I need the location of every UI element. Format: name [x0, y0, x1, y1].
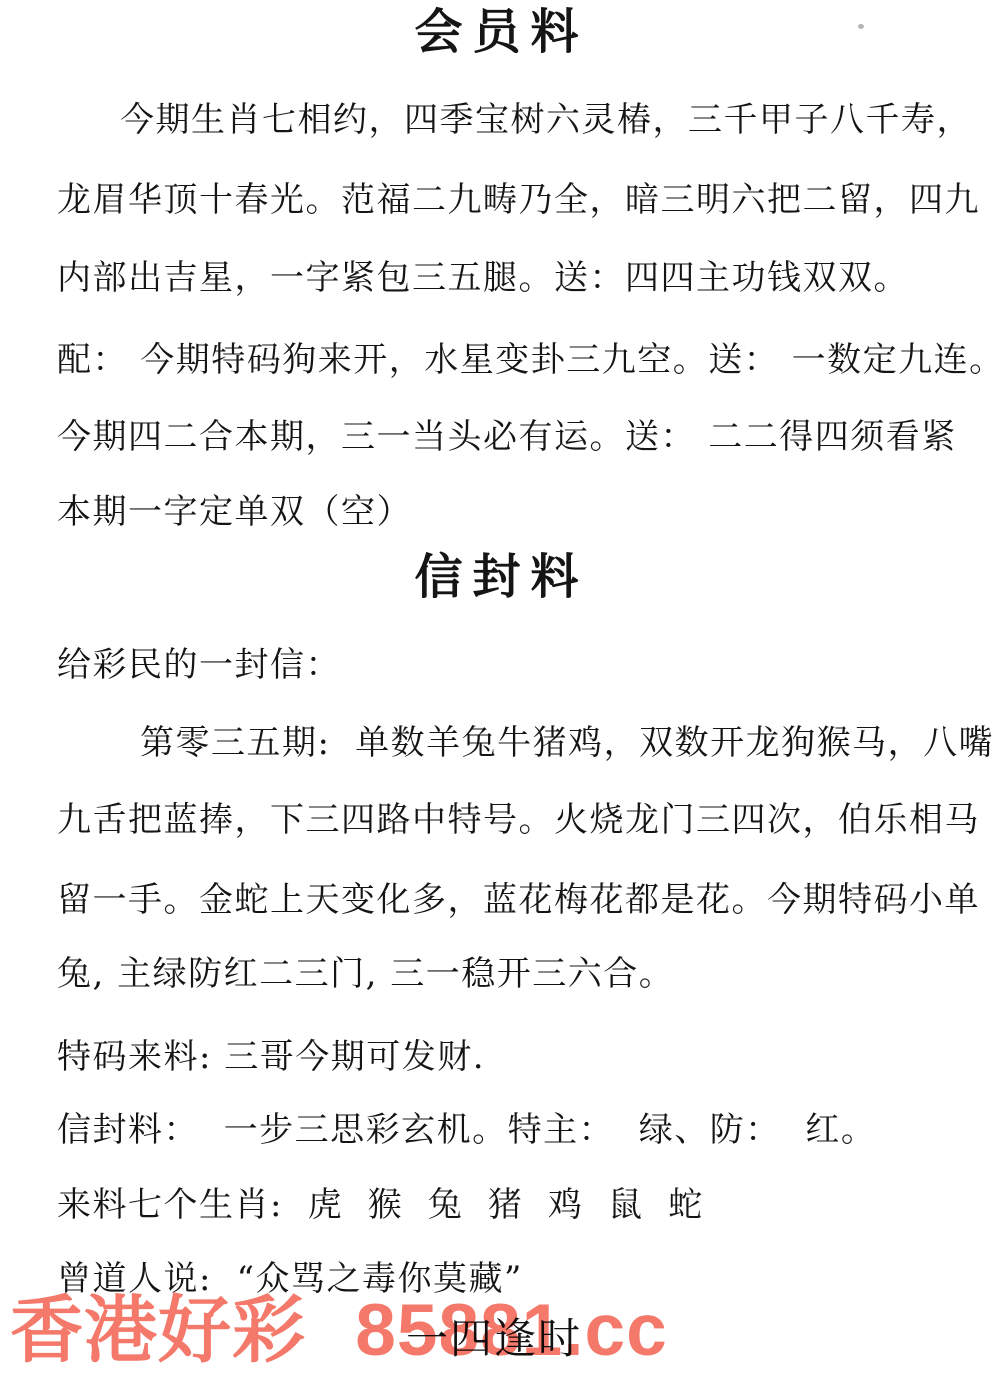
envelope-line-3: 九舌把蓝捧，下三四路中特号。火烧龙门三四次，伯乐相马 [57, 803, 980, 837]
member-line-5: 今期四二合本期，三一当头必有运。送： 二二得四须看紧 [57, 420, 957, 454]
member-line-2: 龙眉华顶十春光。范福二九畴乃全，暗三明六把二留，四九 [57, 183, 980, 217]
envelope-line-1: 给彩民的一封信： [57, 648, 341, 682]
envelope-line-8: 来料七个生肖: 虎 猴 兔 猪 鸡 鼠 蛇 [57, 1188, 704, 1222]
envelope-line-2: 第零三五期: 单数羊兔牛猪鸡，双数开龙狗猴马，八嘴 [140, 726, 994, 760]
envelope-line-6: 特码来料: 三哥今期可发财. [57, 1040, 485, 1074]
envelope-line-4: 留一手。金蛇上天变化多，蓝花梅花都是花。今期特码小单 [57, 883, 980, 917]
member-line-4: 配： 今期特码狗来开，水星变卦三九空。送： 一数定九连。 [57, 343, 1003, 377]
envelope-line-7: 信封料： 一步三思彩玄机。特主： 绿、防： 红。 [57, 1113, 876, 1147]
member-line-3: 内部出吉星，一字紧包三五腿。送：四四主功钱双双。 [57, 261, 909, 295]
member-line-1: 今期生肖七相约，四季宝树六灵椿，三千甲子八千寿， [120, 103, 972, 137]
section-title-envelope: 信封料 [0, 553, 1003, 601]
document-page: 会员料 今期生肖七相约，四季宝树六灵椿，三千甲子八千寿， 龙眉华顶十春光。范福二… [0, 0, 1003, 1388]
member-line-6: 本期一字定单双（空） [57, 495, 412, 529]
envelope-line-5: 兔, 主绿防红二三门, 三一稳开三六合。 [57, 957, 674, 991]
site-watermark: 香港好彩 85881.cc [10, 1294, 668, 1367]
section-title-member: 会员料 [0, 8, 1003, 56]
